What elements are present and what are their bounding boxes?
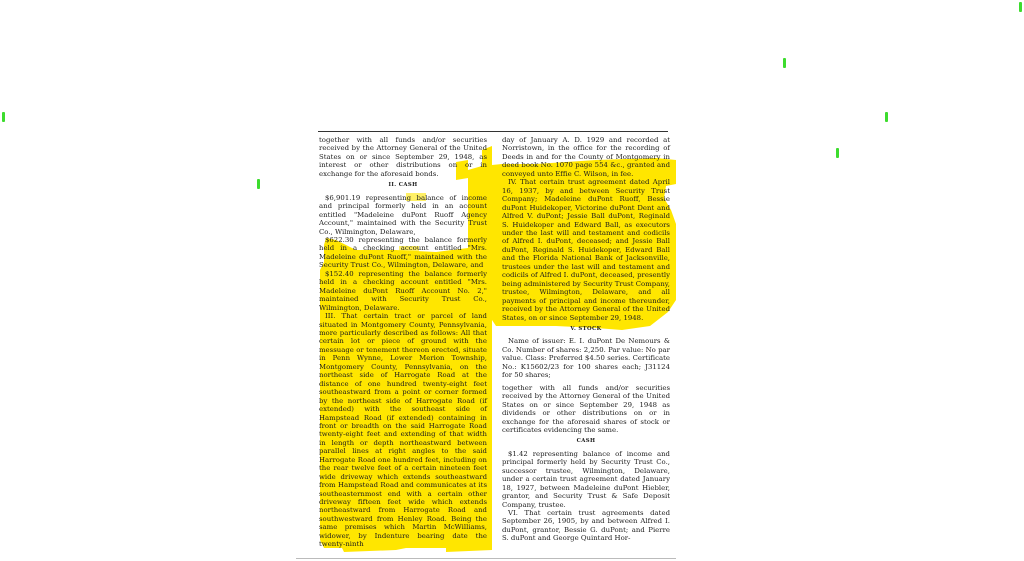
deed-paragraph: day of January A. D. 1929 and recorded a… [502,136,670,178]
annotation-mark [1019,2,1022,12]
annotation-mark [257,179,260,189]
annotation-mark [836,148,839,158]
annotation-mark [783,58,786,68]
stock-paragraph: Name of issuer: E. I. duPont De Nemours … [502,337,670,379]
top-rule [318,131,668,132]
cash-paragraph-right: $1.42 representing balance of income and… [502,450,670,509]
cash-heading: II. CASH [319,181,487,189]
document-page: together with all funds and/or securitie… [296,120,676,561]
trust-paragraph-iv: IV. That certain trust agreement dated A… [502,178,670,322]
right-column: day of January A. D. 1929 and recorded a… [502,136,670,543]
stock-funds-paragraph: together with all funds and/or securitie… [502,384,670,435]
annotation-mark [885,112,888,122]
cash-heading-right: CASH [502,437,670,445]
cash-paragraph-1: $6,901.19 representing balance of income… [319,194,487,236]
intro-paragraph: together with all funds and/or securitie… [319,136,487,178]
stock-heading: V. STOCK [502,325,670,333]
trust-paragraph-vi: VI. That certain trust agreements dated … [502,509,670,543]
cash-paragraph-3: $152.40 representing the balance formerl… [319,270,487,312]
land-paragraph: III. That certain tract or parcel of lan… [319,312,487,549]
annotation-mark [2,112,5,122]
cash-paragraph-2: $622.30 representing the balance formerl… [319,236,487,270]
left-column: together with all funds and/or securitie… [319,136,487,549]
bottom-rule [296,558,676,559]
